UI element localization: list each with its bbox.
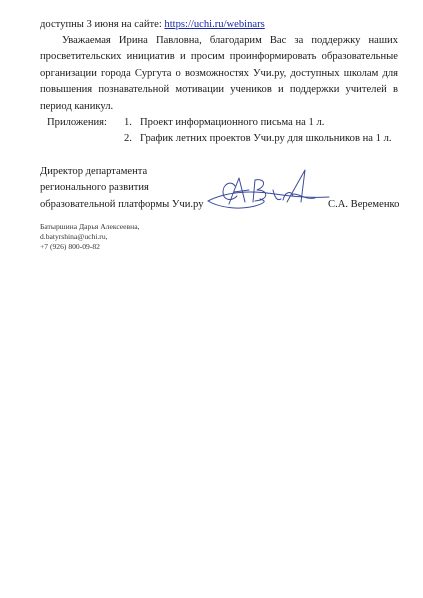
contact-phone: +7 (926) 800-09-82 xyxy=(40,242,139,252)
handwritten-signature-icon xyxy=(205,168,330,214)
intro-line: доступны 3 июня на сайте: https://uchi.r… xyxy=(40,17,398,33)
intro-text: доступны 3 июня на сайте: xyxy=(40,19,164,30)
attachments-list: 1.Проект информационного письма на 1 л. … xyxy=(124,115,392,148)
contact-block: Батыршина Дарья Алексеевна, d.batyrshina… xyxy=(40,222,139,253)
attachment-number: 1. xyxy=(124,115,140,131)
signatory-title: Директор департамента регионального разв… xyxy=(40,164,204,213)
attachment-number: 2. xyxy=(124,131,140,147)
attachments-label: Приложения: xyxy=(47,115,107,131)
signer-name: С.А. Веременко xyxy=(328,197,399,213)
signatory-title-line: регионального развития xyxy=(40,180,204,196)
webinars-link[interactable]: https://uchi.ru/webinars xyxy=(164,19,264,30)
contact-email[interactable]: d.batyrshina@uchi.ru, xyxy=(40,232,139,242)
attachment-item: 2.График летних проектов Учи.ру для школ… xyxy=(124,131,392,147)
signatory-title-line: Директор департамента xyxy=(40,164,204,180)
signatory-title-line: образовательной платформы Учи.ру xyxy=(40,197,204,213)
document-page: доступны 3 июня на сайте: https://uchi.r… xyxy=(0,0,423,598)
body-paragraph: Уважаемая Ирина Павловна, благодарим Вас… xyxy=(40,33,398,115)
paragraph-text: Уважаемая Ирина Павловна, благодарим Вас… xyxy=(40,35,398,112)
attachment-text: График летних проектов Учи.ру для школьн… xyxy=(140,133,392,144)
attachment-item: 1.Проект информационного письма на 1 л. xyxy=(124,115,392,131)
attachment-text: Проект информационного письма на 1 л. xyxy=(140,117,324,128)
contact-name: Батыршина Дарья Алексеевна, xyxy=(40,222,139,232)
